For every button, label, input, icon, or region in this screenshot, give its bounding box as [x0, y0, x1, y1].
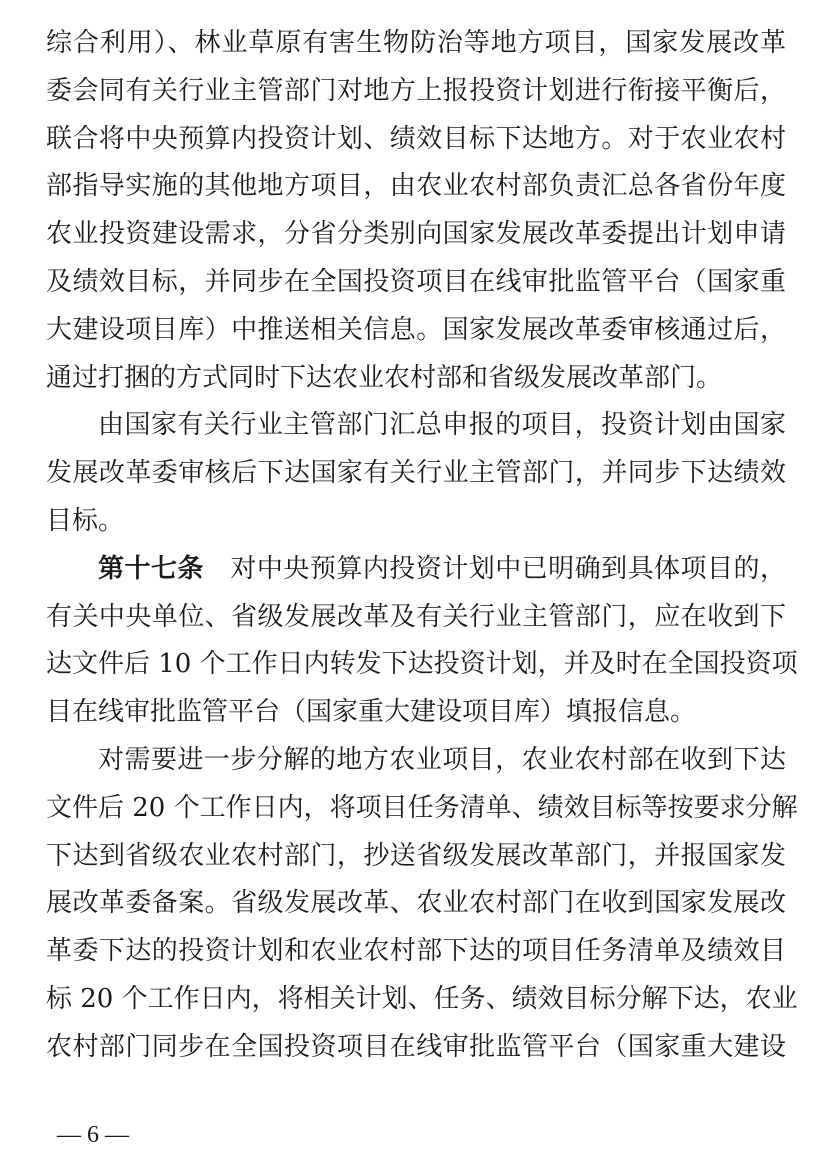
text-line: 农业投资建设需求，分省分类别向国家发展改革委提出计划申请 — [46, 211, 786, 259]
page-number: — 6 — — [57, 1120, 129, 1150]
text-line: 标 20 个工作日内，将相关计划、任务、绩效目标分解下达，农业 — [46, 976, 786, 1024]
text-line: 大建设项目库）中推送相关信息。国家发展改革委审核通过后， — [46, 307, 786, 355]
article-gap — [204, 554, 230, 584]
text-line: 由国家有关行业主管部门汇总申报的项目，投资计划由国家 — [46, 402, 786, 450]
text-line: 展改革委备案。省级发展改革、农业农村部门在收到国家发展改 — [46, 880, 786, 928]
article-label: 第十七条 — [98, 554, 204, 584]
paragraph: 由国家有关行业主管部门汇总申报的项目，投资计划由国家 发展改革委审核后下达国家有… — [46, 402, 786, 545]
text-line: 革委下达的投资计划和农业农村部下达的项目任务清单及绩效目 — [46, 928, 786, 976]
text-line: 发展改革委审核后下达国家有关行业主管部门，并同步下达绩效 — [46, 450, 786, 498]
text-line: 委会同有关行业主管部门对地方上报投资计划进行衔接平衡后， — [46, 68, 786, 116]
text-line: 第十七条 对中央预算内投资计划中已明确到具体项目的， — [46, 546, 786, 594]
text-line: 文件后 20 个工作日内，将项目任务清单、绩效目标等按要求分解 — [46, 785, 786, 833]
text-line: 综合利用）、林业草原有害生物防治等地方项目，国家发展改革 — [46, 20, 786, 68]
text-line: 及绩效目标，并同步在全国投资项目在线审批监管平台（国家重 — [46, 259, 786, 307]
document-page: 综合利用）、林业草原有害生物防治等地方项目，国家发展改革 委会同有关行业主管部门… — [46, 20, 786, 1072]
text-line: 下达到省级农业农村部门，抄送省级发展改革部门，并报国家发 — [46, 833, 786, 881]
text-line: 联合将中央预算内投资计划、绩效目标下达地方。对于农业农村 — [46, 116, 786, 164]
text-line: 达文件后 10 个工作日内转发下达投资计划，并及时在全国投资项 — [46, 641, 786, 689]
text-line: 对需要进一步分解的地方农业项目，农业农村部在收到下达 — [46, 737, 786, 785]
paragraph-continued: 综合利用）、林业草原有害生物防治等地方项目，国家发展改革 委会同有关行业主管部门… — [46, 20, 786, 402]
article-seventeen: 第十七条 对中央预算内投资计划中已明确到具体项目的， 有关中央单位、省级发展改革… — [46, 546, 786, 737]
text-line: 农村部门同步在全国投资项目在线审批监管平台（国家重大建设 — [46, 1024, 786, 1072]
text-line: 部指导实施的其他地方项目，由农业农村部负责汇总各省份年度 — [46, 163, 786, 211]
text-line: 目标。 — [46, 498, 786, 546]
article-first-line-text: 对中央预算内投资计划中已明确到具体项目的， — [230, 554, 786, 584]
paragraph: 对需要进一步分解的地方农业项目，农业农村部在收到下达 文件后 20 个工作日内，… — [46, 737, 786, 1072]
text-line: 通过打捆的方式同时下达农业农村部和省级发展改革部门。 — [46, 355, 786, 403]
text-line: 目在线审批监管平台（国家重大建设项目库）填报信息。 — [46, 689, 786, 737]
text-line: 有关中央单位、省级发展改革及有关行业主管部门，应在收到下 — [46, 594, 786, 642]
